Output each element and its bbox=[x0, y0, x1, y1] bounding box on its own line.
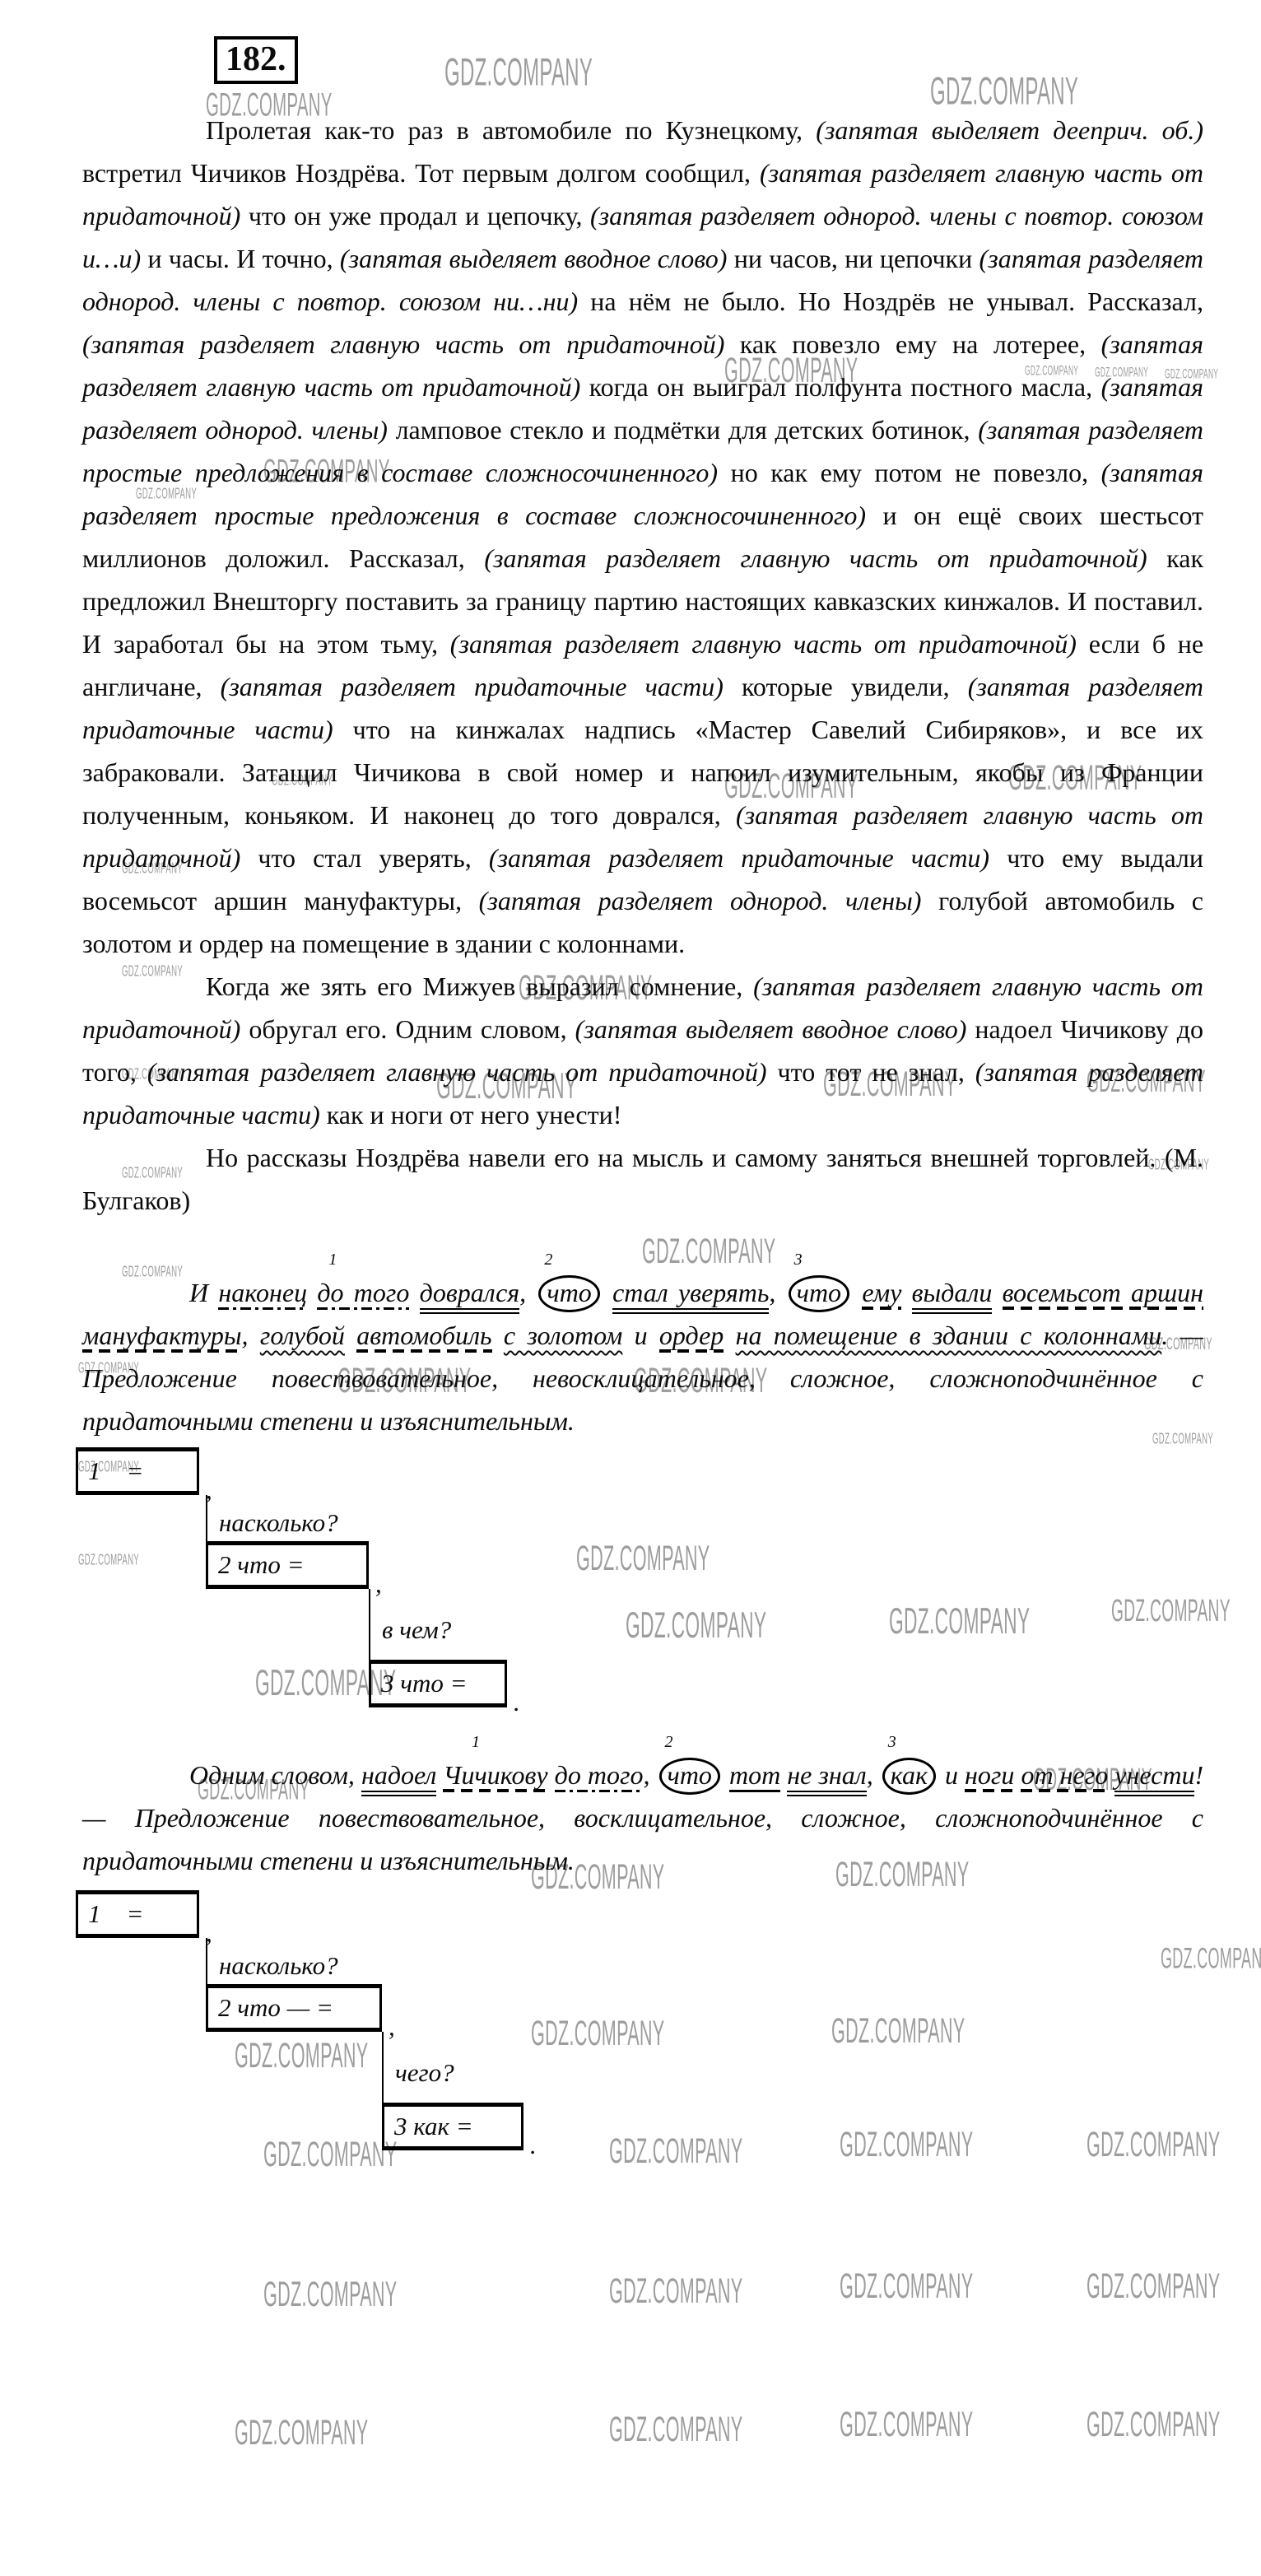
scheme-question-label: в чем? bbox=[382, 1609, 451, 1651]
underlined-word: унести bbox=[1114, 1760, 1194, 1796]
plain-text: , bbox=[242, 1321, 260, 1350]
underlined-word: ордер bbox=[659, 1321, 724, 1353]
text-paragraph: Пролетая как-то раз в автомобиле по Кузн… bbox=[82, 109, 1203, 965]
scheme-connector-line bbox=[382, 2032, 384, 2103]
underlined-word: не знал bbox=[787, 1760, 866, 1796]
text-paragraph: Но рассказы Ноздрёва навели его на мысль… bbox=[82, 1136, 1203, 1222]
underlined-word: Чичикову bbox=[443, 1760, 547, 1792]
underlined-word: от него bbox=[1021, 1760, 1108, 1792]
scheme-box-subclause-1: 2 что = bbox=[206, 1541, 369, 1589]
scheme-box-label: 1 = bbox=[88, 1450, 143, 1493]
scheme-box-label: 3 как = bbox=[394, 2105, 473, 2148]
scheme-connector-line bbox=[369, 1589, 370, 1660]
site-watermark: GDZ.COMPANY bbox=[1087, 2266, 1221, 2307]
circled-conjunction: что3 bbox=[789, 1275, 849, 1312]
exercise-body: Пролетая как-то раз в автомобиле по Кузн… bbox=[82, 109, 1203, 2167]
underlined-word: выдали bbox=[912, 1278, 993, 1314]
scheme-period: . bbox=[530, 2124, 537, 2167]
underlined-word: автомобиль bbox=[356, 1321, 491, 1353]
scheme-period: . bbox=[514, 1681, 520, 1724]
plain-text: и bbox=[938, 1760, 965, 1790]
scheme-box-label: 1 = bbox=[88, 1893, 143, 1935]
text-paragraph: Когда же зять его Мижуев выразил сомнени… bbox=[82, 965, 1203, 1136]
scheme-question-label: чего? bbox=[395, 2052, 454, 2094]
parsed-sentence-1: И наконец1 до того доврался, что2 стал у… bbox=[82, 1241, 1203, 1442]
site-watermark: GDZ.COMPANY bbox=[609, 2409, 743, 2450]
circled-conjunction: что2 bbox=[659, 1758, 720, 1795]
circled-conjunction: что2 bbox=[538, 1275, 599, 1312]
plain-text bbox=[492, 1321, 504, 1350]
scheme-box-subclause-2: 3 как = bbox=[382, 2103, 523, 2150]
underlined-word: наконец1 bbox=[218, 1278, 307, 1310]
plain-text bbox=[548, 1760, 555, 1790]
underlined-word: до того bbox=[317, 1278, 409, 1310]
exercise-text: Пролетая как-то раз в автомобиле по Кузн… bbox=[82, 109, 1203, 1222]
scheme-box-label: 2 что — = bbox=[218, 1987, 333, 2029]
underlined-word: стал уверять bbox=[612, 1278, 769, 1314]
underlined-word: с золотом bbox=[504, 1321, 622, 1350]
scheme-connector-line bbox=[206, 1495, 207, 1541]
clause-number: 1 bbox=[221, 1251, 337, 1268]
plain-text bbox=[992, 1278, 1002, 1307]
scheme-box-label: 2 что = bbox=[218, 1544, 305, 1586]
underlined-word: до того bbox=[555, 1760, 644, 1792]
plain-text bbox=[901, 1278, 911, 1307]
underlined-word: тот bbox=[729, 1760, 780, 1792]
scheme-box-label: 3 что = bbox=[381, 1662, 468, 1705]
plain-text bbox=[852, 1278, 862, 1307]
site-watermark: GDZ.COMPANY bbox=[840, 2266, 974, 2307]
plain-text: И bbox=[189, 1278, 218, 1307]
plain-text: Одним словом, bbox=[189, 1760, 361, 1790]
plain-text bbox=[724, 1321, 735, 1350]
plain-text: , bbox=[519, 1278, 536, 1307]
exercise-number-badge: 182. bbox=[214, 36, 298, 84]
clause-number: 1 bbox=[365, 1734, 480, 1750]
clause-number: 2 bbox=[544, 1251, 552, 1268]
exercise-number: 182. bbox=[226, 40, 286, 78]
parsed-sentence-2: Одним словом, надоел1 Чичикову до того, … bbox=[82, 1724, 1203, 1882]
gdz-exercise-page: GDZ.COMPANYGDZ.COMPANYGDZ.COMPANYGDZ.COM… bbox=[0, 0, 1261, 2576]
site-watermark: GDZ.COMPANY bbox=[235, 2412, 369, 2453]
scheme-box-subclause-2: 3 что = bbox=[369, 1660, 507, 1707]
plain-text bbox=[307, 1278, 317, 1307]
clause-number: 2 bbox=[665, 1734, 673, 1750]
underlined-word: ему bbox=[862, 1278, 901, 1310]
underlined-word: доврался bbox=[420, 1278, 520, 1314]
site-watermark: GDZ.COMPANY bbox=[609, 2271, 743, 2312]
plain-text: и bbox=[622, 1321, 659, 1350]
scheme-comma: , bbox=[389, 2005, 395, 2048]
site-watermark: GDZ.COMPANY bbox=[263, 2274, 398, 2315]
plain-text bbox=[409, 1278, 419, 1307]
scheme-box-main-clause: 1 = bbox=[76, 1890, 199, 1938]
site-watermark: GDZ.COMPANY bbox=[1087, 2404, 1221, 2445]
underlined-word: голубой bbox=[260, 1321, 345, 1350]
plain-text: , bbox=[769, 1278, 785, 1307]
circled-conjunction: как3 bbox=[882, 1758, 936, 1795]
scheme-box-subclause-1: 2 что — = bbox=[206, 1984, 382, 2032]
plain-text: , bbox=[643, 1760, 656, 1790]
sentence-scheme-1: 1 = , насколько? 2 что = , в чем? 3 что … bbox=[76, 1447, 1203, 1714]
site-watermark: GDZ.COMPANY bbox=[930, 70, 1078, 114]
sentence-scheme-2: 1 = , насколько? 2 что — = , чего? 3 как… bbox=[76, 1890, 1203, 2167]
scheme-question-label: насколько? bbox=[219, 1945, 338, 1987]
clause-number: 3 bbox=[888, 1734, 896, 1750]
plain-text bbox=[723, 1760, 729, 1790]
underlined-word: надоел1 bbox=[361, 1760, 436, 1796]
clause-number: 3 bbox=[794, 1251, 803, 1268]
site-watermark: GDZ.COMPANY bbox=[840, 2404, 974, 2445]
scheme-question-label: насколько? bbox=[219, 1502, 338, 1544]
scheme-connector-line bbox=[206, 1938, 207, 1984]
scheme-box-main-clause: 1 = bbox=[76, 1447, 199, 1495]
plain-text: , bbox=[867, 1760, 880, 1790]
underlined-word: ноги bbox=[965, 1760, 1014, 1792]
site-watermark: GDZ.COMPANY bbox=[444, 51, 593, 95]
underlined-word: на помещение в здании с колоннами bbox=[736, 1321, 1162, 1350]
plain-text bbox=[603, 1278, 612, 1307]
plain-text bbox=[345, 1321, 356, 1350]
scheme-comma: , bbox=[375, 1563, 382, 1605]
